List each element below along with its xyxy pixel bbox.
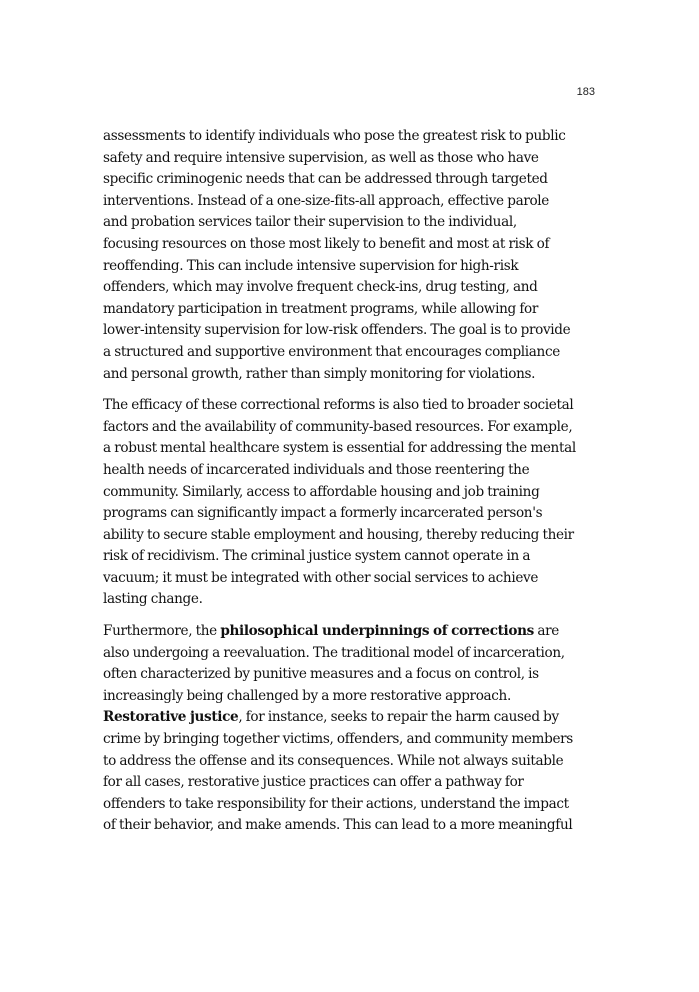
text-line: crime by bringing together victims, offe… (103, 729, 599, 751)
text-line: risk of recidivism. The criminal justice… (103, 546, 599, 568)
text-line: specific criminogenic needs that can be … (103, 169, 599, 191)
text-line: reoffending. This can include intensive … (103, 256, 599, 278)
paragraph-1: assessments to identify individuals who … (103, 126, 599, 385)
page-number: 183 (577, 86, 595, 98)
text-line: programs can significantly impact a form… (103, 503, 599, 525)
text-line: also undergoing a reevaluation. The trad… (103, 643, 599, 665)
text-line: vacuum; it must be integrated with other… (103, 568, 599, 590)
text-line: safety and require intensive supervision… (103, 148, 599, 170)
text-line: increasingly being challenged by a more … (103, 686, 599, 708)
bold-term: philosophical underpinnings of correctio… (220, 623, 534, 639)
text-line: focusing resources on those most likely … (103, 234, 599, 256)
text-line: and personal growth, rather than simply … (103, 364, 599, 386)
text-line: Furthermore, the philosophical underpinn… (103, 621, 599, 643)
bold-term: Restorative justice (103, 709, 238, 725)
text-line: of their behavior, and make amends. This… (103, 815, 599, 837)
paragraph-2: The efficacy of these correctional refor… (103, 395, 599, 611)
text-line: health needs of incarcerated individuals… (103, 460, 599, 482)
page-body: assessments to identify individuals who … (103, 126, 599, 847)
text-line: to address the offense and its consequen… (103, 751, 599, 773)
text-line: offenders to take responsibility for the… (103, 794, 599, 816)
text-line: lasting change. (103, 589, 599, 611)
text-line: community. Similarly, access to affordab… (103, 482, 599, 504)
text-line: interventions. Instead of a one-size-fit… (103, 191, 599, 213)
text-line: factors and the availability of communit… (103, 417, 599, 439)
text-line: Restorative justice, for instance, seeks… (103, 707, 599, 729)
text-line: offenders, which may involve frequent ch… (103, 277, 599, 299)
text-line: assessments to identify individuals who … (103, 126, 599, 148)
text-line: a structured and supportive environment … (103, 342, 599, 364)
text-line: for all cases, restorative justice pract… (103, 772, 599, 794)
text-line: ability to secure stable employment and … (103, 525, 599, 547)
text-line: a robust mental healthcare system is ess… (103, 438, 599, 460)
paragraph-3: Furthermore, the philosophical underpinn… (103, 621, 599, 837)
text-line: often characterized by punitive measures… (103, 664, 599, 686)
text-line: mandatory participation in treatment pro… (103, 299, 599, 321)
text-line: lower-intensity supervision for low-risk… (103, 320, 599, 342)
text-line: and probation services tailor their supe… (103, 212, 599, 234)
text-line: The efficacy of these correctional refor… (103, 395, 599, 417)
